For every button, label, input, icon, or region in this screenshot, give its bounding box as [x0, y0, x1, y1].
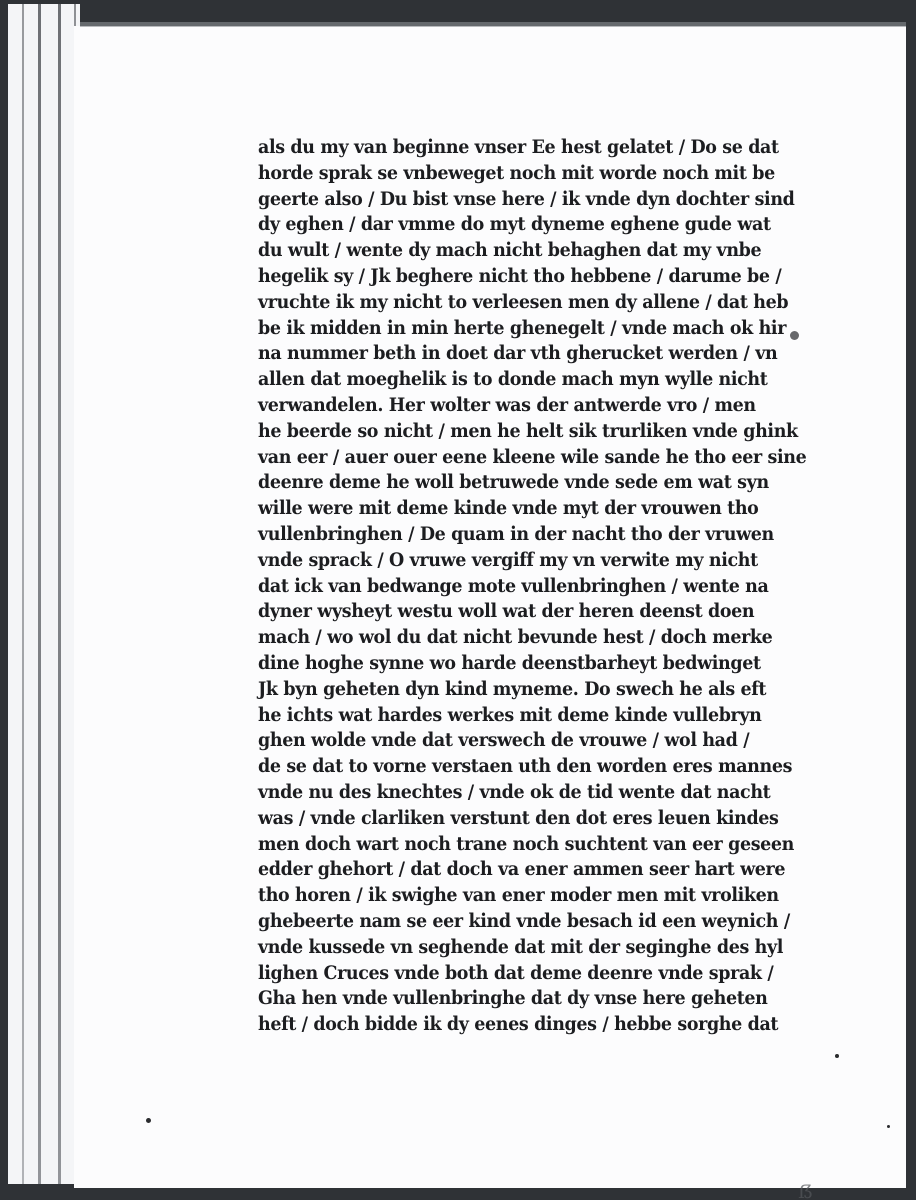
text-line: vnde kussede vn seghende dat mit der seg… [258, 935, 746, 961]
text-line: de se dat to vorne verstaen uth den word… [258, 754, 746, 780]
text-line: ghen wolde vnde dat verswech de vrouwe /… [258, 728, 746, 754]
text-line: Jk byn geheten dyn kind myneme. Do swech… [258, 677, 746, 703]
text-line: lighen Cruces vnde both dat deme deenre … [258, 961, 746, 987]
scan-background: als du my van beginne vnser Ee hest gela… [0, 0, 916, 1200]
text-line: mach / wo wol du dat nicht bevunde hest … [258, 625, 746, 651]
text-line: hegelik sy / Jk beghere nicht tho hebben… [258, 264, 746, 290]
ink-speck [887, 1125, 890, 1128]
text-line: du wult / wente dy mach nicht behaghen d… [258, 238, 746, 264]
ink-speck [146, 1118, 151, 1123]
body-text: als du my van beginne vnser Ee hest gela… [258, 135, 788, 1038]
text-line: he ichts wat hardes werkes mit deme kind… [258, 703, 746, 729]
page-edge-line [22, 4, 24, 1184]
text-line: horde sprak se vnbeweget noch mit worde … [258, 161, 746, 187]
text-line: deenre deme he woll betruwede vnde sede … [258, 470, 746, 496]
text-line: ghebeerte nam se eer kind vnde besach id… [258, 909, 746, 935]
text-line: na nummer beth in doet dar vth gherucket… [258, 341, 746, 367]
text-line: Gha hen vnde vullenbringhe dat dy vnse h… [258, 986, 746, 1012]
signature-mark: ẞ [798, 1182, 813, 1200]
text-line: he beerde so nicht / men he helt sik tru… [258, 419, 746, 445]
text-line: vnde sprack / O vruwe vergiff my vn verw… [258, 548, 746, 574]
text-line: als du my van beginne vnser Ee hest gela… [258, 135, 746, 161]
book-page: als du my van beginne vnser Ee hest gela… [74, 26, 906, 1188]
text-line: heft / doch bidde ik dy eenes dinges / h… [258, 1012, 746, 1038]
text-line: wille were mit deme kinde vnde myt der v… [258, 496, 746, 522]
text-line: vullenbringhen / De quam in der nacht th… [258, 522, 746, 548]
ink-speck [835, 1054, 839, 1058]
text-line: be ik midden in min herte ghenegelt / vn… [258, 316, 746, 342]
stacked-page-edges [8, 4, 80, 1184]
text-line: van eer / auer ouer eene kleene wile san… [258, 445, 746, 471]
text-line: vruchte ik my nicht to verleesen men dy … [258, 290, 746, 316]
text-line: dine hoghe synne wo harde deenstbarheyt … [258, 651, 746, 677]
text-line: tho horen / ik swighe van ener moder men… [258, 883, 746, 909]
text-line: verwandelen. Her wolter was der antwerde… [258, 393, 746, 419]
text-line: men doch wart noch trane noch suchtent v… [258, 832, 746, 858]
text-line: geerte also / Du bist vnse here / ik vnd… [258, 187, 746, 213]
ink-speck [790, 331, 799, 340]
page-edge-line [58, 4, 61, 1184]
text-line: dy eghen / dar vmme do myt dyneme eghene… [258, 212, 746, 238]
text-line: vnde nu des knechtes / vnde ok de tid we… [258, 780, 746, 806]
text-line: dat ick van bedwange mote vullenbringhen… [258, 574, 746, 600]
text-line: edder ghehort / dat doch va ener ammen s… [258, 857, 746, 883]
text-line: was / vnde clarliken verstunt den dot er… [258, 806, 746, 832]
text-line: dyner wysheyt westu woll wat der heren d… [258, 599, 746, 625]
page-edge-line [38, 4, 41, 1184]
text-line: allen dat moeghelik is to donde mach myn… [258, 367, 746, 393]
